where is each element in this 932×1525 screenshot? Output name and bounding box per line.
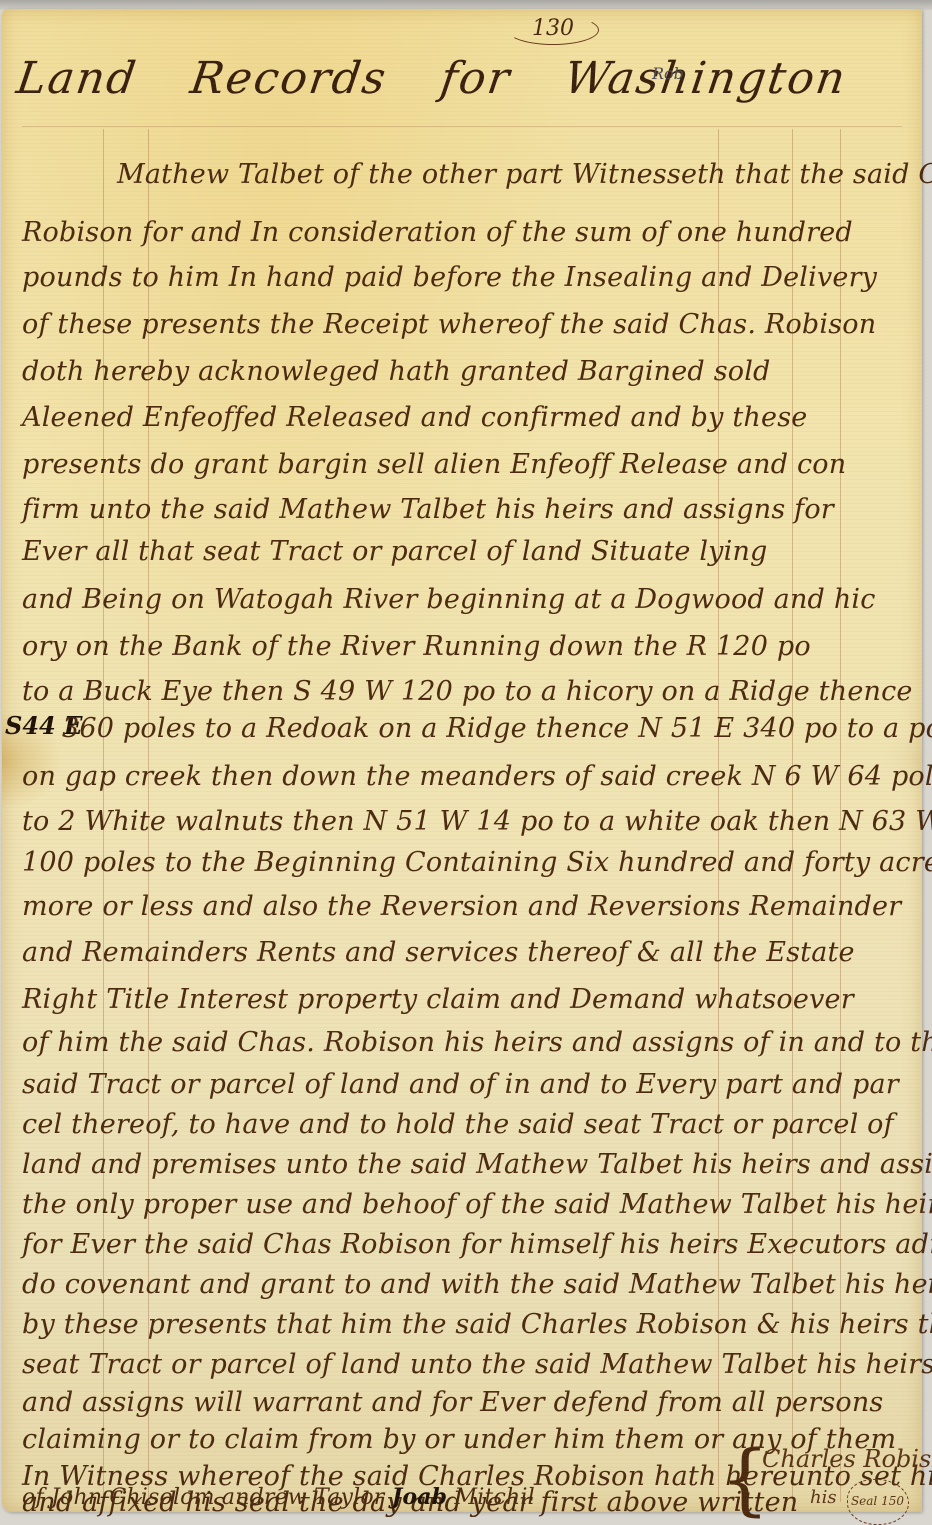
text-line: ory on the Bank of the River Running dow… [22, 631, 811, 662]
seal-label: his [810, 1487, 837, 1508]
seal-number: 150 [881, 1494, 904, 1508]
text-line: Right Title Interest property claim and … [22, 984, 854, 1015]
text-line: the only proper use and behoof of the sa… [22, 1189, 932, 1220]
text-line: 100 poles to the Beginning Containing Si… [22, 847, 932, 878]
witness-names: of John Chisolom andrew Taylor [22, 1485, 385, 1510]
text-line: on gap creek then down the meanders of s… [22, 761, 932, 792]
witness-joab: Joab [392, 1484, 448, 1510]
text-line: presents do grant bargin sell alien Enfe… [22, 449, 846, 480]
text-line: by these presents that him the said Char… [22, 1309, 932, 1340]
ruled-line-horizontal [22, 126, 902, 127]
text-line: for Ever the said Chas Robison for himse… [22, 1229, 932, 1260]
text-line: of him the said Chas. Robison his heirs … [22, 1027, 932, 1058]
text-line: and assigns will warrant and for Ever de… [22, 1387, 883, 1418]
text-line: land and premises unto the said Mathew T… [22, 1149, 932, 1180]
seal-mark: Seal 150 [847, 1479, 909, 1525]
text-line: and Being on Watogah River beginning at … [22, 584, 876, 615]
text-line: said Tract or parcel of land and of in a… [22, 1069, 899, 1100]
text-line: pounds to him In hand paid before the In… [22, 262, 877, 293]
text-line: Aleened Enfeoffed Released and confirmed… [22, 402, 807, 433]
text-line: to a Buck Eye then S 49 W 120 po to a hi… [22, 676, 913, 707]
seal-text: Seal [851, 1494, 877, 1508]
text-line: firm unto the said Mathew Talbet his hei… [22, 494, 834, 525]
text-line: and Remainders Rents and services thereo… [22, 937, 855, 968]
text-line: doth hereby acknowleged hath granted Bar… [22, 356, 771, 387]
witness-line: of John Chisolom andrew Taylor Joab Mitc… [22, 1484, 535, 1510]
text-line: cel thereof, to have and to hold the sai… [22, 1109, 894, 1140]
text-line: seat Tract or parcel of land unto the sa… [22, 1349, 932, 1380]
page-title: Land Records for Washington [13, 53, 850, 104]
folio-number: 130 [507, 15, 599, 45]
text-line: Ever all that seat Tract or parcel of la… [22, 536, 768, 567]
text-line: Robison for and In consideration of the … [22, 217, 853, 248]
text-line: to 2 White walnuts then N 51 W 14 po to … [22, 806, 932, 837]
text-line: more or less and also the Reversion and … [22, 891, 901, 922]
signature-name: Charles Robison [762, 1445, 932, 1473]
text-line: do covenant and grant to and with the sa… [22, 1269, 932, 1300]
pencil-annotation: Rob [652, 64, 684, 83]
text-line: Mathew Talbet of the other part Witnesse… [117, 159, 932, 190]
manuscript-page: 130 Land Records for Washington Rob S44 … [2, 9, 922, 1512]
text-line: 360 poles to a Redoak on a Ridge thence … [62, 713, 932, 744]
witness-mitchil: Mitchil [454, 1485, 534, 1510]
text-line: of these presents the Receipt whereof th… [22, 309, 876, 340]
